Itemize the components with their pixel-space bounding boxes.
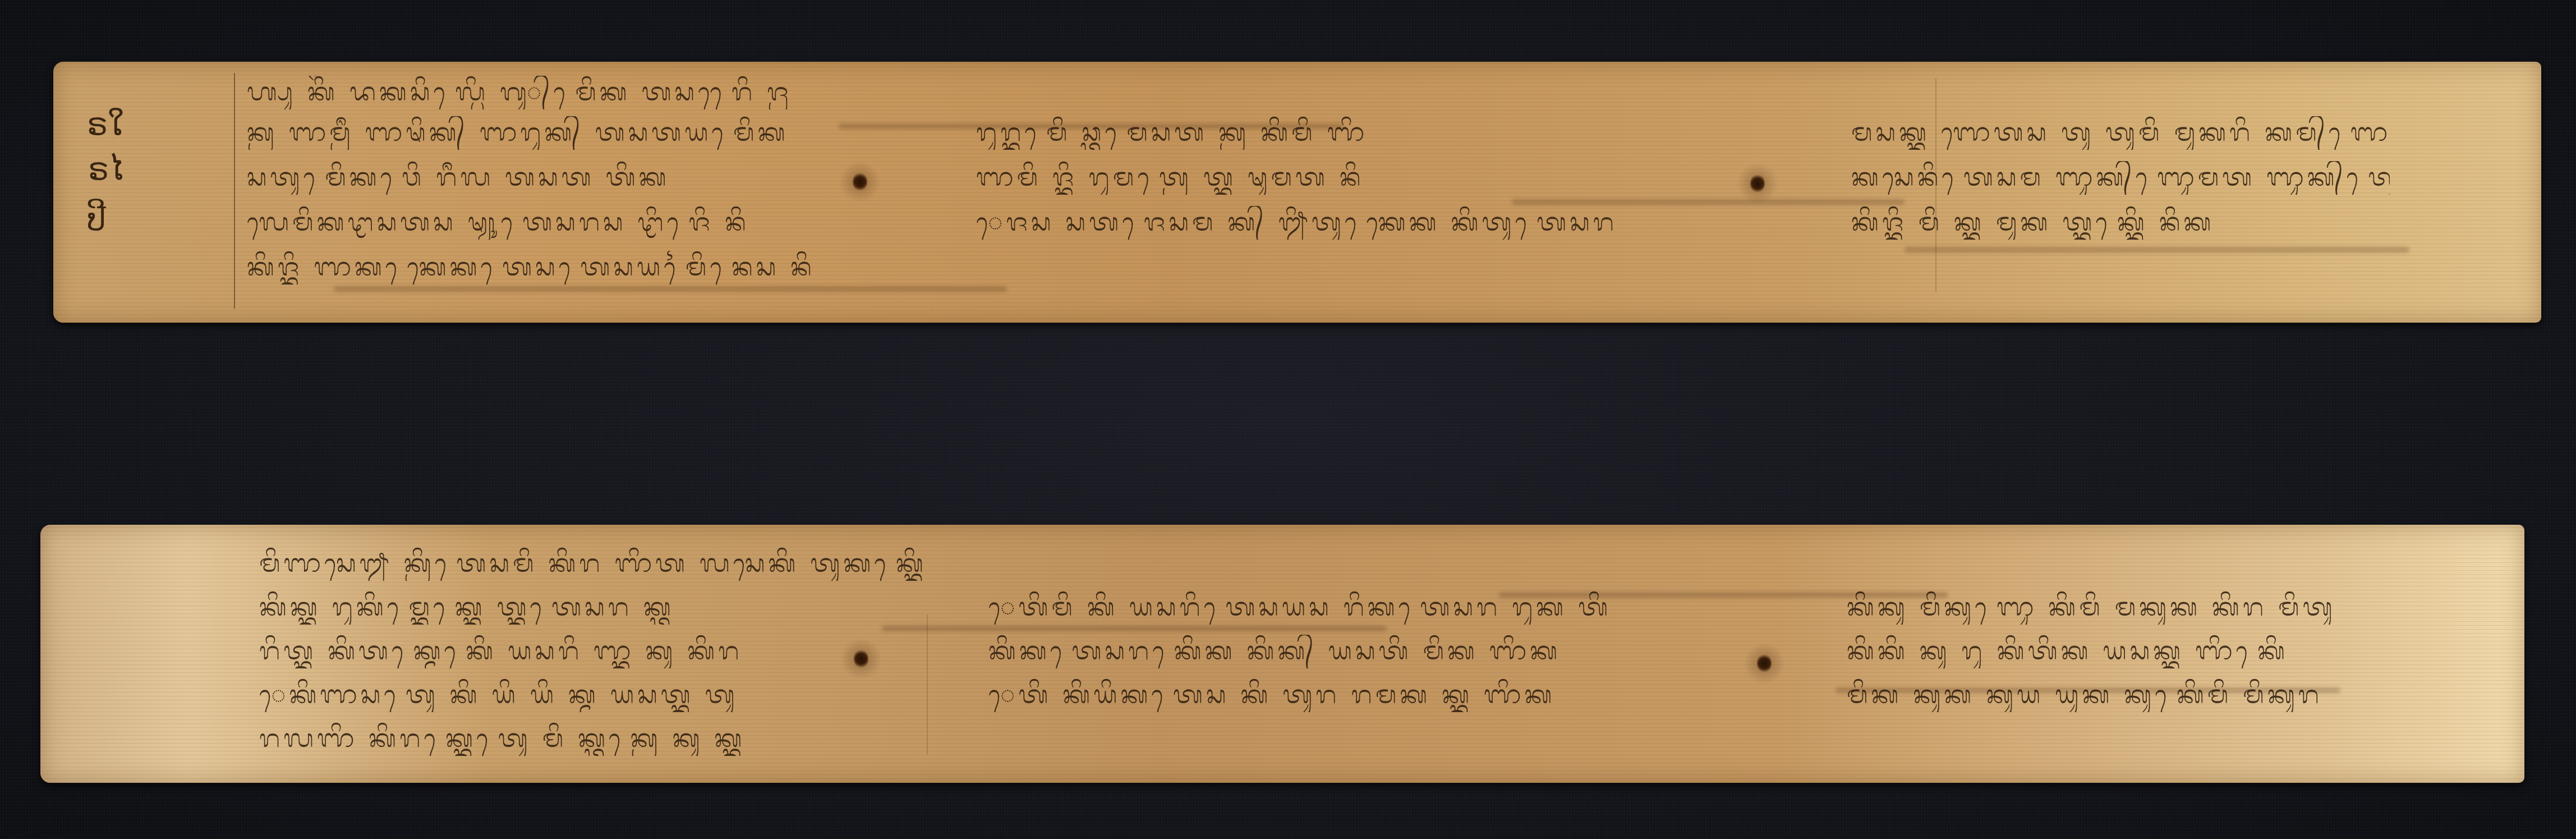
script-line: ᬭᬶᬢ᭄ᬓ ᬓᬶᬢ ᬾᬓ᭄ᬫ ᬾᬓᬶ ᬬᬲᬭᬶ ᬜ᭄ᬓ ᬓᬸ ᬓᬶᬭ [259, 635, 904, 668]
script-text-block: ᬫᬶᬜᬲᬾᬛ ᬓ᭄ᬭᬶ ᬾᬢᬲᬫᬶ ᬓᬶᬭ ᬜᬶᬢ ᬮᬲᬾᬓᬶ ᬢᬸᬓ ᬾᬓ᭄ᬓ… [259, 547, 2363, 772]
script-line: ᬳ᭄ᬧᬸ ᬓᬶᭂ ᬤᬓᬲᬶ ᬾᬮ᭄ᬠᬶ ᬕᬸ᭄ ᬾᬫᬶᬓ ᬢᬲ ᬾᬾᬭᬶ ᬚ᭄ᬭ [247, 76, 2390, 109]
script-line: ᬓᬶᬚ᭄ᬓᬶ ᬜᬓ ᬾᬓᬾᬓ ᬾᬢᬲ ᬾᬢᬲᬬ ᬿᬫᬶ ᬾᬦᬲ ᬦᬶ [247, 251, 2390, 285]
margin-rule-line [234, 73, 235, 309]
palm-leaf-folio-top: ຣໃ ຣໄ ປີ ᬳ᭄ᬧᬸ ᬓᬶᭂ ᬤᬓᬲᬶ ᬾᬮ᭄ᬠᬶ ᬕᬸ᭄ ᬾᬫᬶᬓ ᬢᬲ… [53, 62, 2541, 323]
script-line: ᬫᬲᬓ᭄ᬓ ᬜᬾᬢᬲ ᬢᬸ ᬢᬸᬫᬶ ᬫᬸᬓᬭᬶ ᬓᬫ᭄ ᬾᬜᬲ [1851, 116, 2390, 150]
script-line: ᬜᬫᬶ ᬚ᭄ᬓᬶ ᬭᬸᬫ ᬾᬢ᭄ᬭ ᬢ᭄ᬓ ᬱᬸᬫᬢ ᬦᬶ [976, 161, 1694, 195]
script-line: ᬓᬶᬓ ᬾᬢᬲᬭ ᬾᬓᬶᬓ ᬓᬶᬓ᭄ ᬬᬲᬢᬶ ᬫᬶᬓ ᬜᬶᬓ [988, 635, 1678, 668]
margin-numeral: ປີ [87, 202, 106, 237]
script-line: ᬾᬚᬲ ᬲᬢ ᬾᬚᬲᬫ ᬓ᭄ ᬛᬶᬢᬸ ᬾᬓᬾᬓ ᬓᬶᬢᬸ ᬾᬢᬲᬭ [976, 206, 1694, 240]
palm-leaf-folio-bottom: ᬫᬶᬜᬲᬾᬛ ᬓ᭄ᬭᬶ ᬾᬢᬲᬫᬶ ᬓᬶᬭ ᬜᬶᬢ ᬮᬲᬾᬓᬶ ᬢᬸᬓ ᬾᬓ᭄ᬓ… [40, 525, 2524, 783]
script-line: ᬓᬶᬓᬶ ᬓᬸ ᬭᬸ ᬓᬶᬢᬶᬓ ᬬᬲᬓ᭄ᬓ ᬜᬶ ᬾᬓᬶ [1847, 635, 2363, 668]
script-line: ᬮᬾᬫᬶᬓᬝᬲᬢᬲ ᬱ᭄ᬬᬸ ᬾᬢᬲᬭᬲ ᬝᬶ ᬾᬚᬶ ᬦᬶ [247, 206, 920, 240]
script-line: ᬭᬮᬜᬶ ᬓᬶᬭ ᬾᬓ᭄ᬓ ᬾᬢᬸ ᬫᬶ ᬓ᭄ᬢᬸ ᬾᬓ᭄ᬭ ᬓᬸ ᬓ᭄ᬓ [259, 722, 2363, 756]
margin-numeral: ຣໄ [88, 152, 123, 187]
script-line: ᬾᬓᬶᬜᬲ ᬾᬢᬸ ᬓᬶ ᬬᬶ ᬬᬶ ᬓ᭄ᬫᬸ ᬬᬲᬢ᭄ᬓ ᬢᬸ [259, 678, 904, 712]
script-line: ᬓᬲᬾᬦᬶ ᬾᬢᬲᬫ ᬜᬸᬓ᭄ ᬾᬜᬸᬫᬢ ᬜᬸᬓ᭄ ᬾᬢᬸ [1851, 161, 2390, 195]
script-line: ᬓ᭄ᬭ ᬜᬫ᭄ᬭᬷ ᬜᬱᬶᬓ᭄ ᬜᬭᬸᬓ᭄ ᬢᬲᬢᬬ ᬾᬫᬶᬓ [247, 116, 920, 150]
script-text-block: ᬳ᭄ᬧᬸ ᬓᬶᭂ ᬤᬓᬲᬶ ᬾᬮ᭄ᬠᬶ ᬕᬸ᭄ ᬾᬫᬶᬓ ᬢᬲ ᬾᬾᬭᬶ ᬚ᭄ᬭ… [247, 76, 2390, 311]
script-line: ᬓᬶᬓ᭄ᬓ ᬭᬸᬓᬶ ᬾᬫ᭄ᬓ ᬾᬓ᭄ᬓ ᬢ᭄ᬓ ᬾᬢᬲᬭ ᬓ᭄ᬢ [259, 591, 904, 625]
script-line: ᬫᬶᬓ ᬓᬸᬓ ᬓᬸᬬ ᬬᬸᬓ ᬓᬸ ᬾᬓᬶᬫᬶ ᬫᬶᬓᬸᬭ [1847, 678, 2363, 712]
script-line: ᬭᬸᬭ᭄ᬓᬸ ᬾᬫᬶ ᬘ᭄ᬢᬸ ᬾᬫᬲᬢ ᬓ᭄ᬭ ᬓᬶᬫᬶ ᬜᬶ [976, 116, 1694, 150]
script-line: ᬾᬢᬶᬫᬶ ᬓᬶ ᬬᬲᬭᬶ ᬾᬢᬲᬬᬲ ᬭᬶᬓ ᬾᬢᬲᬭ ᬭᬸᬓ ᬢᬶ [988, 591, 1678, 625]
script-line: ᬓᬶᬓᬸ ᬫᬶᬓᬸ ᬾᬜᬸ ᬓᬶᬫᬶ ᬫᬓᬸᬓ ᬓᬶᬭ ᬫᬶᬢᬸ [1847, 591, 2363, 625]
margin-numeral: ຣໃ [87, 107, 124, 142]
script-line: ᬫᬶᬜᬲᬾᬛ ᬓ᭄ᬭᬶ ᬾᬢᬲᬫᬶ ᬓᬶᬭ ᬜᬶᬢ ᬮᬲᬾᬓᬶ ᬢᬸᬓ ᬾᬓ᭄ᬓ… [259, 547, 2363, 581]
script-line: ᬲᬢᬸ ᬾᬫᬶᬓ ᬾᬯᬶ ᬭᬷᬮ ᬢᬲᬢ ᬢᬶᬓ [247, 161, 920, 195]
script-line: ᬓᬶᬚ᭄ᬓᬶ ᬫᬶ ᬓ᭄ᬓᬸ ᬫᬸᬓ ᬢ᭄ᬓ ᬾᬓ᭄ᬓᬶ ᬦᬶᬓ [1851, 206, 2390, 240]
script-line: ᬾᬢᬶ ᬓᬶᬬᬶᬓ ᬾᬢᬲ ᬓᬶ ᬢᬸᬭ ᬭᬫᬓ ᬓ᭄ᬓᬸ ᬜᬶᬓ [988, 678, 1678, 712]
